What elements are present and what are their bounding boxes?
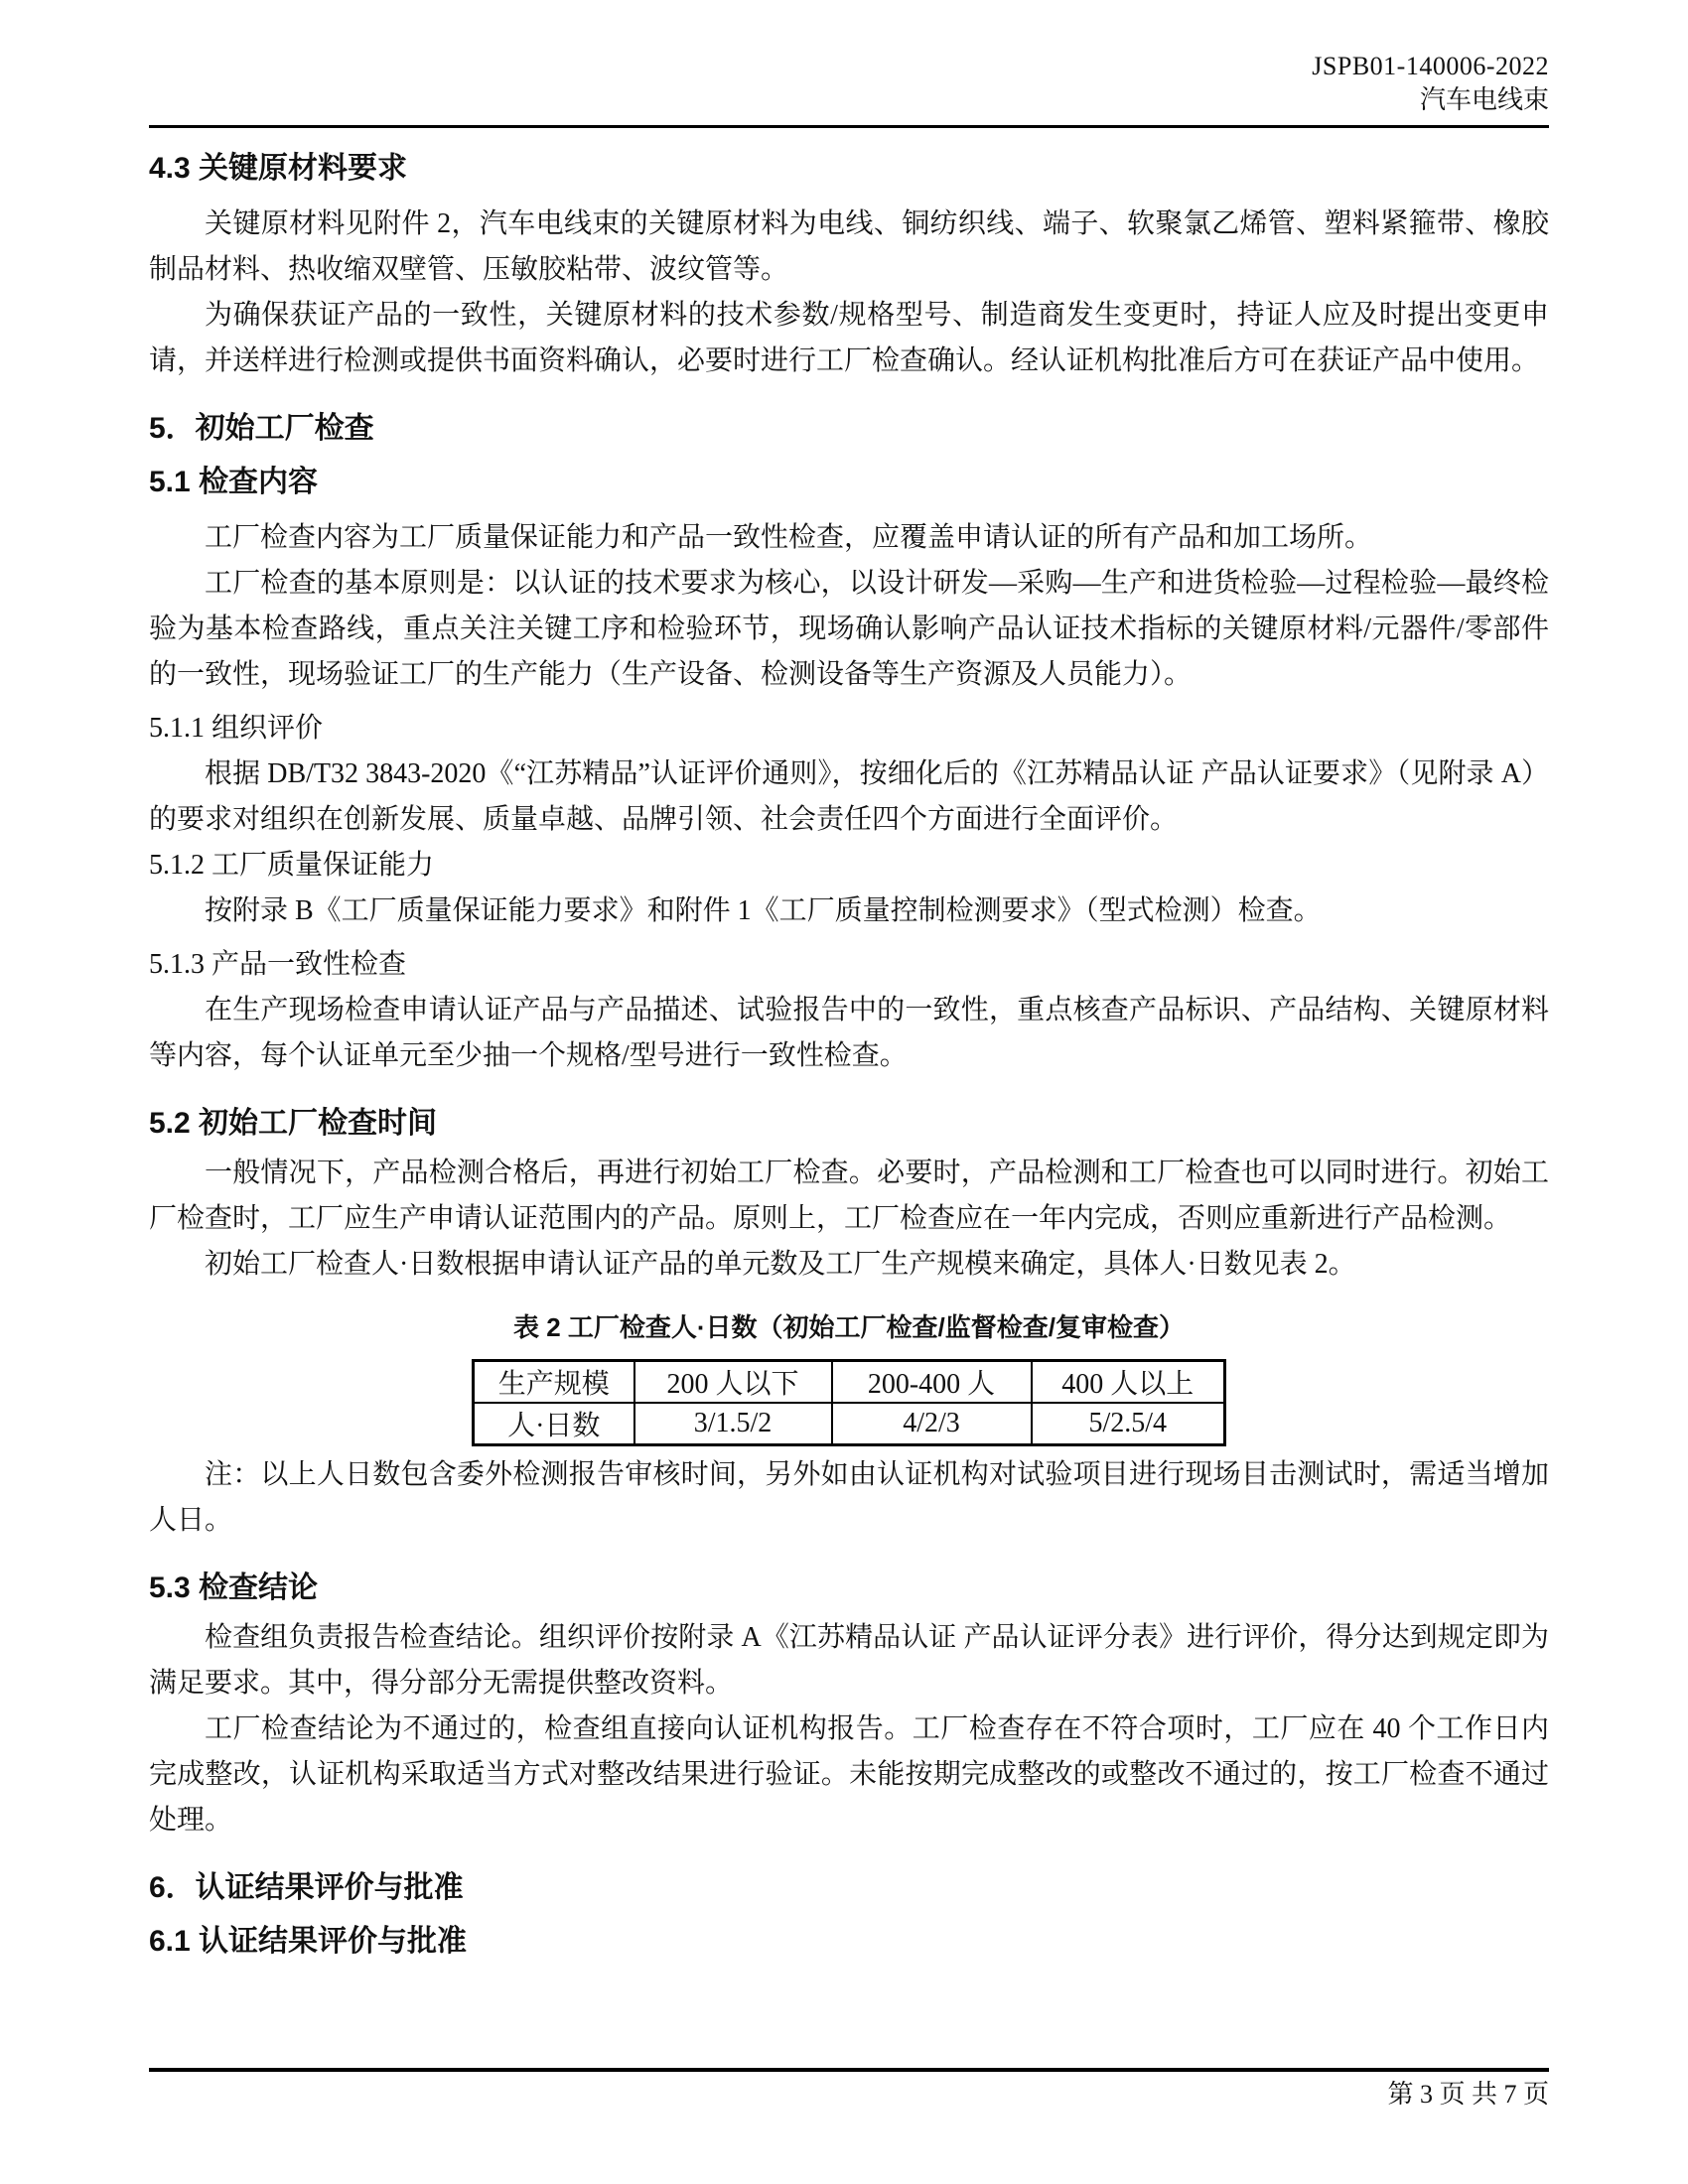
document-body: 4.3 关键原材料要求 关键原材料见附件 2，汽车电线束的关键原材料为电线、铜纺… <box>149 148 1549 1963</box>
heading-5-1: 5.1 检查内容 <box>149 462 1549 503</box>
paragraph-quality-assurance: 按附录 B《工厂质量保证能力要求》和附件 1《工厂质量控制检测要求》（型式检测）… <box>149 888 1549 934</box>
table-cell-200-400: 200-400 人 <box>832 1361 1032 1404</box>
document-page: JSPB01-140006-2022 汽车电线束 4.3 关键原材料要求 关键原… <box>0 0 1688 2184</box>
table-cell-mandays-1: 3/1.5/2 <box>634 1403 832 1445</box>
paragraph-man-days: 初始工厂检查人·日数根据申请认证产品的单元数及工厂生产规模来确定，具体人·日数见… <box>149 1242 1549 1288</box>
table-row-man-days: 人·日数 3/1.5/2 4/2/3 5/2.5/4 <box>474 1403 1225 1445</box>
table-cell-over-400: 400 人以上 <box>1032 1361 1225 1404</box>
paragraph-inspection-principles: 工厂检查的基本原则是：以认证的技术要求为核心，以设计研发—采购—生产和进货检验—… <box>149 561 1549 698</box>
heading-5-3: 5.3 检查结论 <box>149 1568 1549 1609</box>
heading-6-1: 6.1 认证结果评价与批准 <box>149 1921 1549 1963</box>
heading-5-1-2: 5.1.2 工厂质量保证能力 <box>149 843 1549 888</box>
document-number: JSPB01-140006-2022 <box>149 50 1549 83</box>
paragraph-org-evaluation: 根据 DB/T32 3843-2020《“江苏精品”认证评价通则》，按细化后的《… <box>149 751 1549 843</box>
paragraph-inspection-scope: 工厂检查内容为工厂质量保证能力和产品一致性检查，应覆盖申请认证的所有产品和加工场… <box>149 515 1549 561</box>
page-number: 第 3 页 共 7 页 <box>1387 2080 1549 2109</box>
table-cell-under-200: 200 人以下 <box>634 1361 832 1404</box>
heading-6: 6．认证结果评价与批准 <box>149 1867 1549 1909</box>
heading-5-1-3: 5.1.3 产品一致性检查 <box>149 942 1549 988</box>
heading-5-1-1: 5.1.1 组织评价 <box>149 706 1549 751</box>
page-footer: 第 3 页 共 7 页 <box>149 2068 1549 2112</box>
table-cell-mandays-label: 人·日数 <box>474 1403 634 1445</box>
paragraph-key-materials: 关键原材料见附件 2，汽车电线束的关键原材料为电线、铜纺织线、端子、软聚氯乙烯管… <box>149 202 1549 293</box>
paragraph-consistency-change: 为确保获证产品的一致性，关键原材料的技术参数/规格型号、制造商发生变更时，持证人… <box>149 293 1549 384</box>
table-2-caption: 表 2 工厂检查人·日数（初始工厂检查/监督检查/复审检查） <box>149 1309 1549 1345</box>
table-2-man-days: 生产规模 200 人以下 200-400 人 400 人以上 人·日数 3/1.… <box>472 1359 1226 1446</box>
paragraph-product-consistency: 在生产现场检查申请认证产品与产品描述、试验报告中的一致性，重点核查产品标识、产品… <box>149 988 1549 1079</box>
table-2-note: 注：以上人日数包含委外检测报告审核时间，另外如由认证机构对试验项目进行现场目击测… <box>149 1452 1549 1544</box>
heading-4-3: 4.3 关键原材料要求 <box>149 148 1549 190</box>
paragraph-conclusion-fail: 工厂检查结论为不通过的，检查组直接向认证机构报告。工厂检查存在不符合项时，工厂应… <box>149 1706 1549 1843</box>
heading-5: 5．初始工厂检查 <box>149 408 1549 450</box>
header-rule <box>149 125 1549 128</box>
paragraph-initial-inspection-time: 一般情况下，产品检测合格后，再进行初始工厂检查。必要时，产品检测和工厂检查也可以… <box>149 1151 1549 1242</box>
heading-5-2: 5.2 初始工厂检查时间 <box>149 1103 1549 1145</box>
document-subject: 汽车电线束 <box>149 83 1549 117</box>
page-header: JSPB01-140006-2022 汽车电线束 <box>149 50 1549 117</box>
table-row-scale: 生产规模 200 人以下 200-400 人 400 人以上 <box>474 1361 1225 1404</box>
table-cell-scale-label: 生产规模 <box>474 1361 634 1404</box>
table-cell-mandays-3: 5/2.5/4 <box>1032 1403 1225 1445</box>
paragraph-conclusion-scoring: 检查组负责报告检查结论。组织评价按附录 A《江苏精品认证 产品认证评分表》进行评… <box>149 1615 1549 1706</box>
table-cell-mandays-2: 4/2/3 <box>832 1403 1032 1445</box>
